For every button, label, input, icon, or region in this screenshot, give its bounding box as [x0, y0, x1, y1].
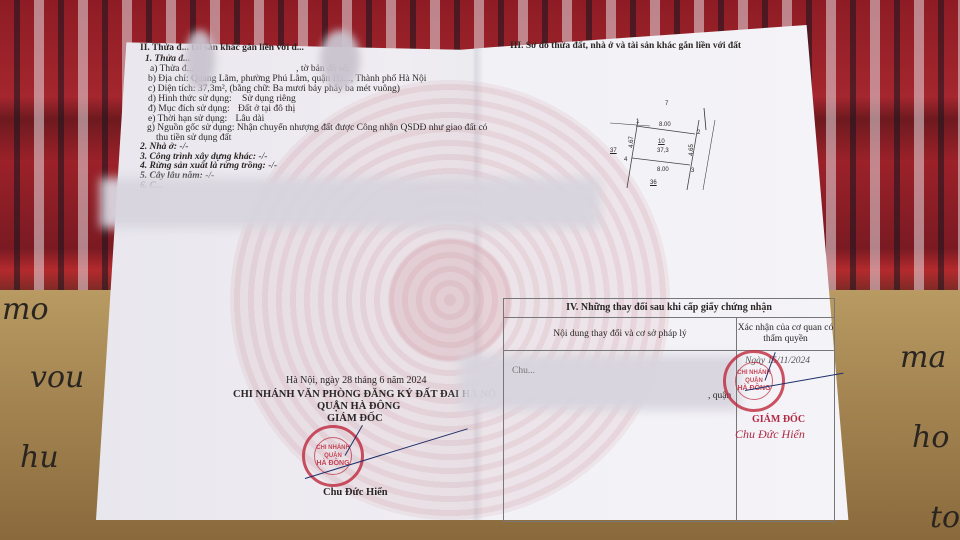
- neighbor-parcel-top: 7: [665, 98, 668, 110]
- issue-date: Hà Nội, ngày 28 tháng 6 năm 2024: [286, 375, 427, 387]
- parcel-area: 37,3: [657, 145, 669, 157]
- fabric-text: mo: [2, 292, 49, 327]
- neighbor-parcel-left: 37: [610, 145, 617, 157]
- redaction-blur: [185, 30, 215, 90]
- issuing-office: CHI NHÁNH VĂN PHÒNG ĐĂNG KÝ ĐẤT ĐAI HÀ N…: [233, 389, 496, 401]
- vertex-4: 4: [624, 154, 627, 166]
- fabric-text: hu: [20, 440, 59, 475]
- change-entry-start: Chu...: [512, 365, 535, 377]
- neighbor-parcel-bottom: 36: [650, 177, 657, 189]
- fabric-text: to: [930, 500, 960, 535]
- changes-table-title: IV. Những thay đổi sau khi cấp giấy chứn…: [504, 299, 834, 318]
- official-stamp: CHI NHÁNH QUẬN HÀ ĐÔNG: [723, 350, 785, 412]
- changes-table-header: Nội dung thay đổi và cơ sở pháp lý Xác n…: [504, 318, 834, 351]
- director-title: GIÁM ĐỐC: [327, 413, 383, 425]
- header-authority-confirmation: Xác nhận của cơ quan có thẩm quyền: [737, 318, 834, 350]
- fabric-text: vou: [30, 360, 84, 395]
- redaction-blur: [320, 30, 360, 90]
- section-title-iii: III. Sơ đồ thửa đất, nhà ở và tài sản kh…: [510, 40, 741, 52]
- official-stamp: CHI NHÁNH QUẬN HÀ ĐÔNG: [302, 425, 364, 487]
- signer-name: Chu Đức Hiển: [323, 487, 388, 499]
- vertex-2: 2: [697, 127, 700, 139]
- signer-name-red: Chu Đức Hiển: [735, 427, 805, 442]
- director-title-red: GIÁM ĐỐC: [752, 414, 805, 425]
- changes-table: IV. Những thay đổi sau khi cấp giấy chứn…: [503, 298, 835, 522]
- edge-right-length: 4.65: [686, 144, 698, 156]
- fabric-text: ho: [912, 420, 949, 455]
- edge-left-length: 4.67: [626, 136, 638, 148]
- edge-bottom-length: 8.00: [657, 164, 669, 176]
- issuing-district: QUẬN HÀ ĐÔNG: [317, 401, 400, 413]
- parcel-diagram: 7 1 8.00 2 4.67 10 37,3 4.65 37 4 8.00 3…: [600, 100, 720, 190]
- vertex-1: 1: [636, 116, 639, 128]
- edge-top-length: 8.00: [659, 119, 671, 131]
- vertex-3: 3: [691, 165, 694, 177]
- redaction-blur: [100, 178, 600, 228]
- header-change-content: Nội dung thay đổi và cơ sở pháp lý: [504, 318, 737, 350]
- fabric-text: ma: [900, 340, 946, 375]
